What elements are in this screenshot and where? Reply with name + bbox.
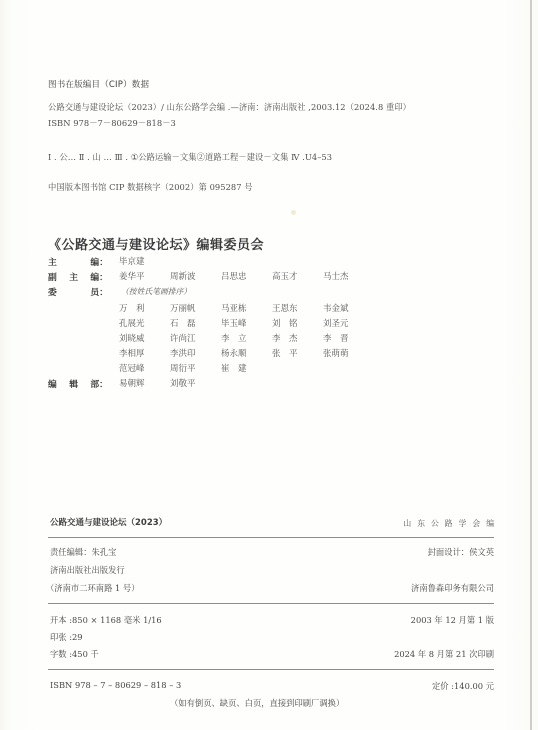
deputy-editor-names: 姜华平 周新波 吕思忠 高玉才 马士杰 bbox=[119, 270, 374, 282]
deputy-editor-label: 副 主 编： bbox=[48, 270, 108, 283]
publisher: 济南出版社出版发行 bbox=[50, 564, 125, 576]
label-char: 辑 bbox=[69, 377, 78, 390]
person-name: 刘圣元 bbox=[323, 317, 374, 329]
isbn: ISBN 978 – 7 – 80629 – 818 – 3 bbox=[50, 680, 181, 690]
person-name: 易朝辉 bbox=[119, 377, 170, 389]
person-name: 范冠峰 bbox=[119, 362, 170, 374]
book-format: 开本 :850 × 1168 毫米 1/16 bbox=[50, 614, 162, 626]
replacement-notice: （如有倒页、缺页、白页，直接到印刷厂调换） bbox=[170, 697, 344, 709]
members-row: 孔展光 石 磊 毕玉峰 刘 铭 刘圣元 bbox=[119, 317, 374, 329]
print-sheets: 印张 :29 bbox=[50, 631, 83, 643]
label-char: 主 bbox=[48, 255, 57, 268]
printer: 济南鲁森印务有限公司 bbox=[411, 582, 494, 594]
person-name: 杨永顺 bbox=[221, 347, 272, 359]
person-name: 万丽帆 bbox=[170, 302, 221, 314]
label-char: 主 bbox=[69, 270, 78, 283]
person-name: 毕京建 bbox=[119, 255, 145, 267]
label-char: 编： bbox=[90, 270, 108, 283]
divider-line bbox=[48, 669, 494, 670]
person-name: 周衍平 bbox=[170, 362, 221, 374]
chief-editor-label: 主 编： bbox=[48, 255, 108, 268]
word-count: 字数 :450 千 bbox=[50, 648, 99, 660]
responsible-editor: 责任编辑：朱孔宝 bbox=[50, 546, 116, 558]
person-name: 吕思忠 bbox=[221, 270, 272, 282]
divider-line bbox=[48, 603, 494, 604]
person-name: 毕玉峰 bbox=[221, 317, 272, 329]
members-label: 委 员： bbox=[48, 285, 108, 298]
person-name: 张 平 bbox=[272, 347, 323, 359]
person-name: 姜华平 bbox=[119, 270, 170, 282]
person-name: 高玉才 bbox=[272, 270, 323, 282]
members-row: 万 利 万丽帆 马亚栋 王恩东 韦金斌 bbox=[119, 302, 374, 314]
committee-title: 《公路交通与建设论坛》编辑委员会 bbox=[48, 234, 264, 253]
label-char: 部： bbox=[90, 377, 108, 390]
printing-info: 2024 年 8 月第 21 次印刷 bbox=[394, 648, 494, 660]
person-name: 刘敬平 bbox=[170, 377, 221, 389]
person-name: 马亚栋 bbox=[221, 302, 272, 314]
person-name: 孔展光 bbox=[119, 317, 170, 329]
label-char: 副 bbox=[48, 270, 57, 283]
edition: 2003 年 12 月第 1 版 bbox=[411, 614, 494, 626]
person-name: 石 磊 bbox=[170, 317, 221, 329]
paper-mark bbox=[291, 210, 296, 215]
editorial-dept-names: 易朝辉 刘敬平 bbox=[119, 377, 221, 389]
imprint-book-title: 公路交通与建设论坛（2023） bbox=[50, 516, 167, 528]
label-char: 编 bbox=[48, 377, 57, 390]
cip-classification: Ⅰ . 公… Ⅱ . 山 … Ⅲ . ①公路运输－文集②道路工程－建设－文集 Ⅳ… bbox=[48, 151, 332, 163]
person-name: 马士杰 bbox=[323, 270, 374, 282]
cip-library-record: 中国版本图书馆 CIP 数据核字（2002）第 095287 号 bbox=[48, 181, 253, 193]
person-name: 许尚江 bbox=[170, 332, 221, 344]
label-char: 员： bbox=[90, 285, 108, 298]
person-name: 刘 铭 bbox=[272, 317, 323, 329]
person-name: 崔 建 bbox=[221, 362, 272, 374]
divider-line bbox=[48, 537, 494, 538]
imprint-editor-org: 山东公路学会编 bbox=[403, 518, 500, 529]
members-row: 刘晓威 许尚江 李 立 李 杰 李 晋 bbox=[119, 332, 374, 344]
chief-editor-names: 毕京建 bbox=[119, 255, 145, 267]
person-name: 刘晓威 bbox=[119, 332, 170, 344]
person-name: 万 利 bbox=[119, 302, 170, 314]
person-name: 李 杰 bbox=[272, 332, 323, 344]
label-char: 编： bbox=[90, 255, 108, 268]
page-edge-line bbox=[530, 0, 532, 730]
cover-design: 封面设计：侯文英 bbox=[428, 546, 494, 558]
cip-heading: 图书在版编目（CIP）数据 bbox=[48, 78, 149, 90]
person-name: 李相厚 bbox=[119, 347, 170, 359]
person-name: 李 立 bbox=[221, 332, 272, 344]
person-name: 王恩东 bbox=[272, 302, 323, 314]
members-row: 李相厚 李洪印 杨永顺 张 平 张萌萌 bbox=[119, 347, 374, 359]
person-name: 李 晋 bbox=[323, 332, 374, 344]
publisher-address: （济南市二环南路 1 号） bbox=[46, 582, 140, 594]
members-row: 范冠峰 周衍平 崔 建 bbox=[119, 362, 272, 374]
price: 定价 :140.00 元 bbox=[432, 680, 494, 692]
editorial-dept-label: 编 辑 部： bbox=[48, 377, 108, 390]
cip-record-line: 公路交通与建设论坛（2023）/ 山东公路学会编 .—济南：济南出版社 ,200… bbox=[48, 101, 411, 113]
label-char: 委 bbox=[48, 285, 57, 298]
cip-isbn-line: ISBN 978－7－80629－818－3 bbox=[48, 117, 176, 129]
person-name: 周新波 bbox=[170, 270, 221, 282]
sort-order-note: （按姓氏笔画排序） bbox=[121, 286, 191, 297]
person-name: 韦金斌 bbox=[323, 302, 374, 314]
book-copyright-page: 图书在版编目（CIP）数据 公路交通与建设论坛（2023）/ 山东公路学会编 .… bbox=[0, 0, 538, 730]
person-name: 张萌萌 bbox=[323, 347, 374, 359]
person-name: 李洪印 bbox=[170, 347, 221, 359]
